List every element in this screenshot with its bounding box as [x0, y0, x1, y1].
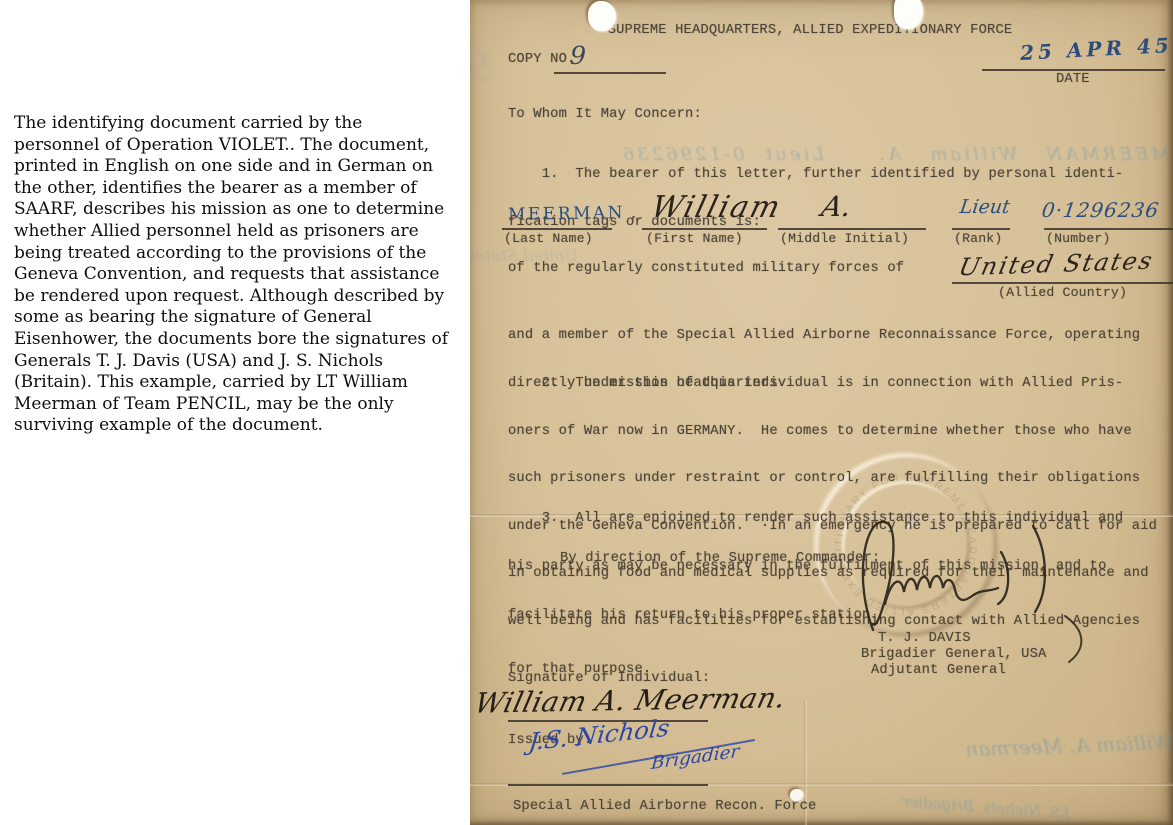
field-rank: Lieut: [958, 196, 1011, 218]
date-value-handwritten: 25 APR 45: [1019, 33, 1173, 65]
salutation: To Whom It May Concern:: [508, 107, 702, 122]
davis-signature: [815, 512, 1065, 647]
field-first-name: William: [648, 190, 786, 225]
member-line: and a member of the Special Allied Airbo…: [508, 327, 1140, 345]
bleedthrough-issued-signature: J.S. Nichols Brigadier: [890, 792, 1071, 823]
date-underline: [982, 69, 1165, 71]
paragraph-2-line: 2. The mission of this individual is in …: [508, 375, 1157, 393]
bleedthrough-copy-number: 9: [470, 40, 490, 91]
document-scan: SUPREME HEADQUARTERS ALLIED EXPEDITIONAR…: [470, 0, 1173, 825]
davis-title-2: Adjutant General: [871, 663, 1006, 678]
photo-caption: The identifying document carried by the …: [14, 113, 450, 437]
field-comma: ,: [630, 208, 638, 223]
davis-signature-flick: [1055, 610, 1105, 668]
forces-line: of the regularly constituted military fo…: [508, 261, 904, 276]
number-label: (Number): [1046, 231, 1111, 246]
meerman-signature: William A. Meerman.: [472, 681, 790, 719]
copy-no-label: COPY NO.: [508, 52, 575, 67]
middle-initial-label: (Middle Initial): [780, 231, 909, 246]
field-last-name: MEERMAN: [508, 203, 625, 225]
document-header: SUPREME HEADQUARTERS, ALLIED EXPEDITIONA…: [603, 23, 1017, 38]
country-underline: [952, 282, 1173, 284]
date-label: DATE: [1056, 72, 1090, 87]
last-name-label: (Last Name): [504, 231, 593, 246]
photo-of-document-page: { "caption": { "text": "The identifying …: [0, 0, 1173, 825]
field-number: 0·1296236: [1040, 198, 1161, 222]
paper-edge-right: [1167, 0, 1173, 825]
copy-no-underline: [554, 72, 666, 74]
punch-hole-left: [588, 1, 616, 31]
rank-label: (Rank): [954, 231, 1002, 246]
issued-by-underline: [508, 784, 708, 786]
davis-title-1: Brigadier General, USA: [861, 647, 1046, 662]
copy-no-value-handwritten: 9: [569, 41, 586, 71]
paragraph-1-line: 1. The bearer of this letter, further id…: [508, 166, 1123, 184]
footer-line: Special Allied Airborne Recon. Force: [513, 799, 816, 814]
paragraph-2-line: oners of War now in GERMANY. He comes to…: [508, 423, 1157, 441]
bleedthrough-signature: William A. Meerman: [938, 730, 1173, 762]
country-value-handwritten: United States: [956, 247, 1156, 282]
first-name-label: (First Name): [646, 231, 743, 246]
